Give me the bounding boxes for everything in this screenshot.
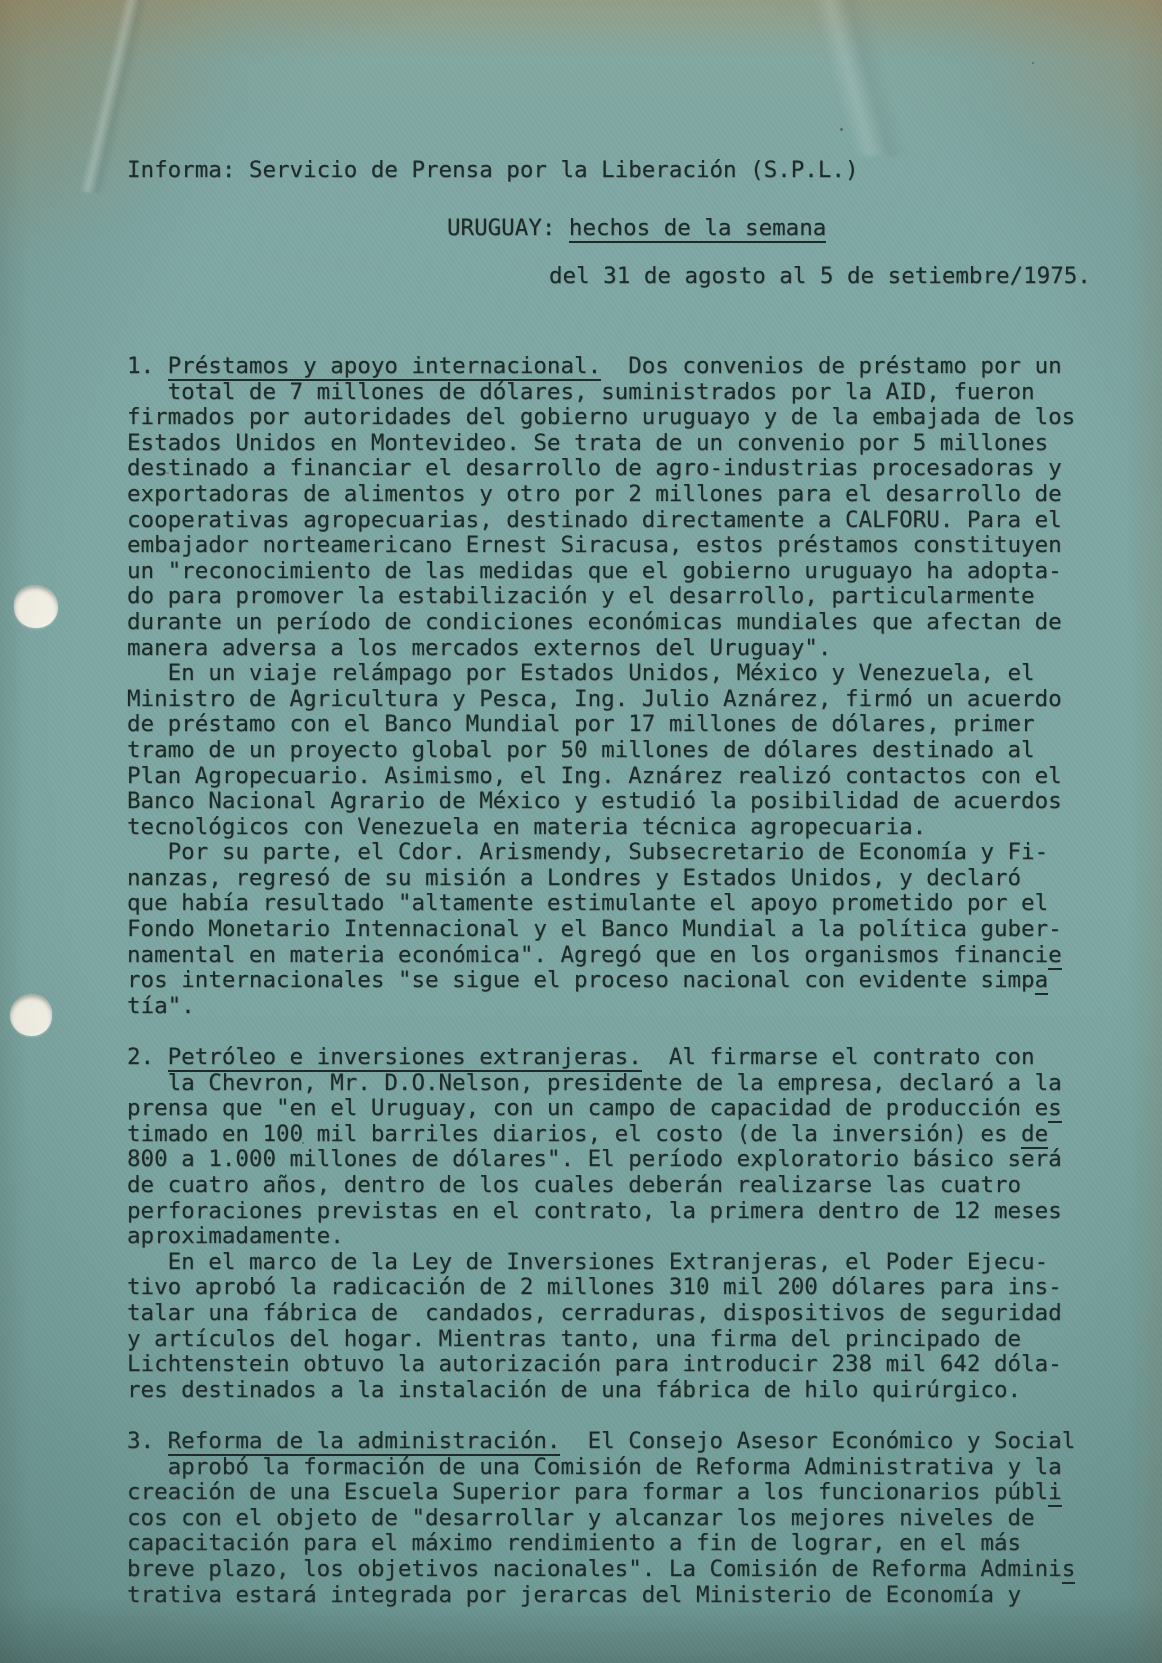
document-body: 1. Préstamos y apoyo internacional. Dos …: [127, 354, 1075, 1608]
body-line: Lichtenstein obtuvo la autorización para…: [127, 1352, 1075, 1378]
body-line: tía".: [127, 994, 1075, 1020]
body-line: Plan Agropecuario. Asimismo, el Ing. Azn…: [127, 764, 1075, 790]
body-line: ros internacionales "se sigue el proceso…: [127, 968, 1075, 994]
body-line: res destinados a la instalación de una f…: [127, 1378, 1075, 1404]
body-line: un "reconocimiento de las medidas que el…: [127, 559, 1075, 585]
body-line: 800 a 1.000 millones de dólares". El per…: [127, 1147, 1075, 1173]
hole-punch-top: [14, 585, 58, 628]
body-line: Fondo Monetario Intennacional y el Banco…: [127, 917, 1075, 943]
body-line: En el marco de la Ley de Inversiones Ext…: [127, 1250, 1075, 1276]
body-line: de cuatro años, dentro de los cuales deb…: [127, 1173, 1075, 1199]
body-line: capacitación para el máximo rendimiento …: [127, 1531, 1075, 1557]
body-line: nanzas, regresó de su misión a Londres y…: [127, 866, 1075, 892]
title-underlined-text: hechos de la semana: [569, 215, 826, 243]
body-line: 1. Préstamos y apoyo internacional. Dos …: [127, 354, 1075, 380]
hole-punch-bottom: [10, 994, 52, 1036]
body-line: firmados por autoridades del gobierno ur…: [127, 405, 1075, 431]
body-line: manera adversa a los mercados externos d…: [127, 636, 1075, 662]
body-line: do para promover la estabilización y el …: [127, 584, 1075, 610]
body-line: tecnológicos con Venezuela en materia té…: [127, 815, 1075, 841]
body-line: timado en 100 mil barriles diarios, el c…: [127, 1122, 1075, 1148]
body-line: de préstamo con el Banco Mundial por 17 …: [127, 712, 1075, 738]
body-line: tramo de un proyecto global por 50 millo…: [127, 738, 1075, 764]
body-line: cos con el objeto de "desarrollar y alca…: [127, 1506, 1075, 1532]
title-prefix: URUGUAY:: [447, 215, 569, 241]
body-line: perforaciones previstas en el contrato, …: [127, 1199, 1075, 1225]
body-line: trativa estará integrada por jerarcas de…: [127, 1583, 1075, 1609]
paper-speck: [840, 128, 843, 131]
body-line: aproximadamente.: [127, 1224, 1075, 1250]
body-line: tivo aprobó la radicación de 2 millones …: [127, 1275, 1075, 1301]
body-line: Por su parte, el Cdor. Arismendy, Subsec…: [127, 840, 1075, 866]
body-line: prensa que "en el Uruguay, con un campo …: [127, 1096, 1075, 1122]
body-line: [127, 1403, 1075, 1429]
body-line: durante un período de condiciones económ…: [127, 610, 1075, 636]
header-informa-line: Informa: Servicio de Prensa por la Liber…: [127, 158, 859, 184]
body-line: breve plazo, los objetivos nacionales". …: [127, 1557, 1075, 1583]
body-line: Ministro de Agricultura y Pesca, Ing. Ju…: [127, 687, 1075, 713]
body-line: que había resultado "altamente estimulan…: [127, 891, 1075, 917]
body-line: creación de una Escuela Superior para fo…: [127, 1480, 1075, 1506]
body-line: cooperativas agropecuarias, destinado di…: [127, 508, 1075, 534]
body-line: En un viaje relámpago por Estados Unidos…: [127, 661, 1075, 687]
paper-crease-top-right: [780, 0, 920, 156]
body-line: aprobó la formación de una Comisión de R…: [127, 1455, 1075, 1481]
body-line: talar una fábrica de candados, cerradura…: [127, 1301, 1075, 1327]
body-line: y artículos del hogar. Mientras tanto, u…: [127, 1327, 1075, 1353]
body-line: [127, 1019, 1075, 1045]
document-page: Informa: Servicio de Prensa por la Liber…: [0, 0, 1162, 1663]
body-line: Banco Nacional Agrario de México y estud…: [127, 789, 1075, 815]
body-line: embajador norteamericano Ernest Siracusa…: [127, 533, 1075, 559]
body-line: la Chevron, Mr. D.O.Nelson, presidente d…: [127, 1071, 1075, 1097]
body-line: total de 7 millones de dólares, suminist…: [127, 380, 1075, 406]
document-title: URUGUAY: hechos de la semana: [447, 216, 826, 242]
body-line: 2. Petróleo e inversiones extranjeras. A…: [127, 1045, 1075, 1071]
body-line: exportadoras de alimentos y otro por 2 m…: [127, 482, 1075, 508]
body-line: destinado a financiar el desarrollo de a…: [127, 456, 1075, 482]
body-line: Estados Unidos en Montevideo. Se trata d…: [127, 431, 1075, 457]
paper-speck: [1032, 62, 1034, 64]
date-line: del 31 de agosto al 5 de setiembre/1975.: [549, 264, 1091, 290]
body-line: 3. Reforma de la administración. El Cons…: [127, 1429, 1075, 1455]
body-line: namental en materia económica". Agregó q…: [127, 943, 1075, 969]
